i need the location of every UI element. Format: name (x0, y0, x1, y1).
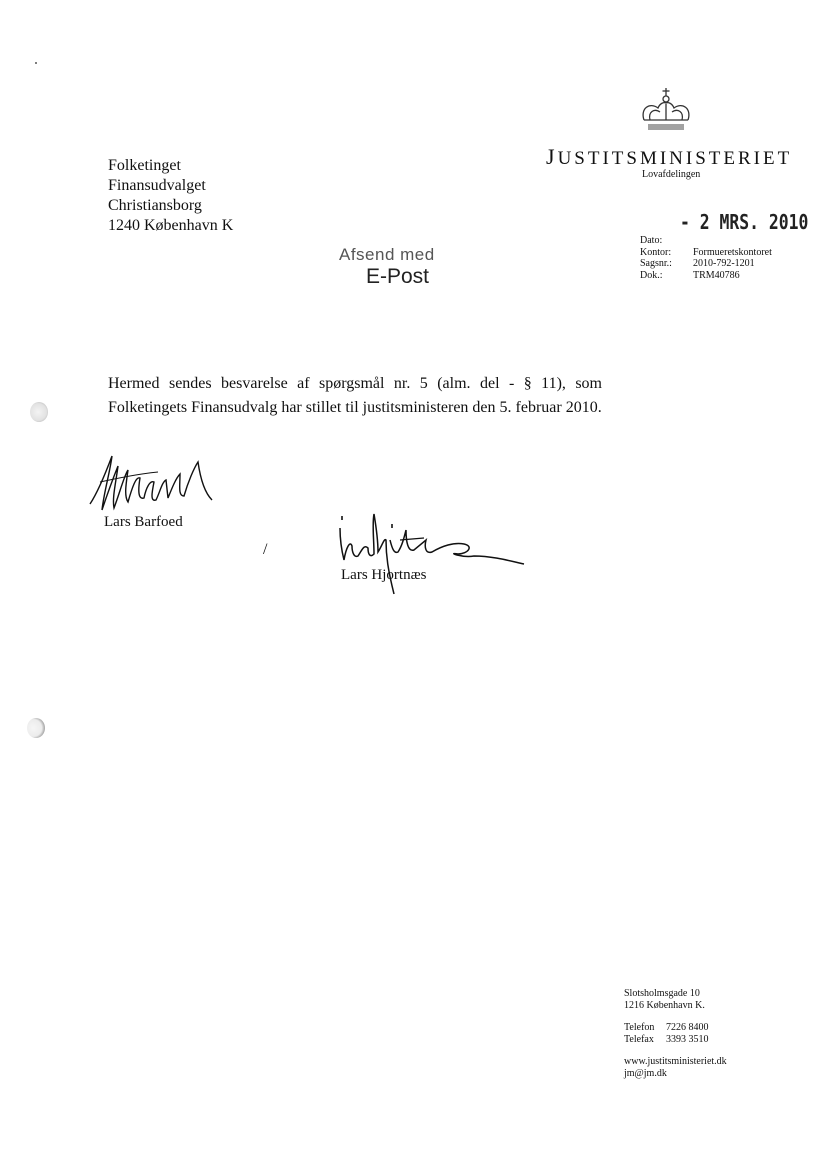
signatory-name: Lars Barfoed (104, 514, 183, 531)
recipient-line: 1240 København K (108, 216, 233, 236)
recipient-line: Finansudvalget (108, 176, 233, 196)
letter-body: Hermed sendes besvarelse af spørgsmål nr… (108, 372, 602, 420)
meta-row-office: Kontor: Formueretskontoret (640, 247, 772, 259)
punch-hole (27, 718, 45, 738)
meta-row-date: Dato: (640, 235, 772, 247)
sent-stamp-line2: E-Post (366, 265, 429, 289)
address-block: Slotsholmsgade 10 1216 København K. (624, 988, 727, 1012)
fax-row: Telefax 3393 3510 (624, 1034, 727, 1046)
signature-barfoed (88, 452, 218, 522)
recipient-line: Christiansborg (108, 196, 233, 216)
phone-block: Telefon 7226 8400 Telefax 3393 3510 (624, 1022, 727, 1046)
department-name: Lovafdelingen (642, 169, 700, 180)
royal-crown-icon (636, 86, 696, 134)
ministry-name: JUSTITSMINISTERIET (546, 144, 792, 170)
street-address: Slotsholmsgade 10 (624, 988, 727, 1000)
separator-mark: / (263, 541, 267, 559)
city-address: 1216 København K. (624, 1000, 727, 1012)
punch-hole (30, 402, 48, 422)
web-block: www.justitsministeriet.dk jm@jm.dk (624, 1056, 727, 1080)
phone-row: Telefon 7226 8400 (624, 1022, 727, 1034)
website-link[interactable]: www.justitsministeriet.dk (624, 1056, 727, 1068)
scan-speck (35, 62, 37, 64)
recipient-address: Folketinget Finansudvalget Christiansbor… (108, 156, 233, 236)
meta-row-case-number: Sagsnr.: 2010-792-1201 (640, 258, 772, 270)
reference-block: Dato: Kontor: Formueretskontoret Sagsnr.… (640, 235, 772, 281)
sent-stamp-line1: Afsend med (339, 245, 435, 265)
signatory-name: Lars Hjortnæs (341, 567, 426, 584)
email-link[interactable]: jm@jm.dk (624, 1068, 727, 1080)
ministry-contact-block: Slotsholmsgade 10 1216 København K. Tele… (624, 988, 727, 1080)
recipient-line: Folketinget (108, 156, 233, 176)
meta-row-document: Dok.: TRM40786 (640, 270, 772, 282)
date-stamp: - 2 MRS. 2010 (680, 210, 808, 234)
